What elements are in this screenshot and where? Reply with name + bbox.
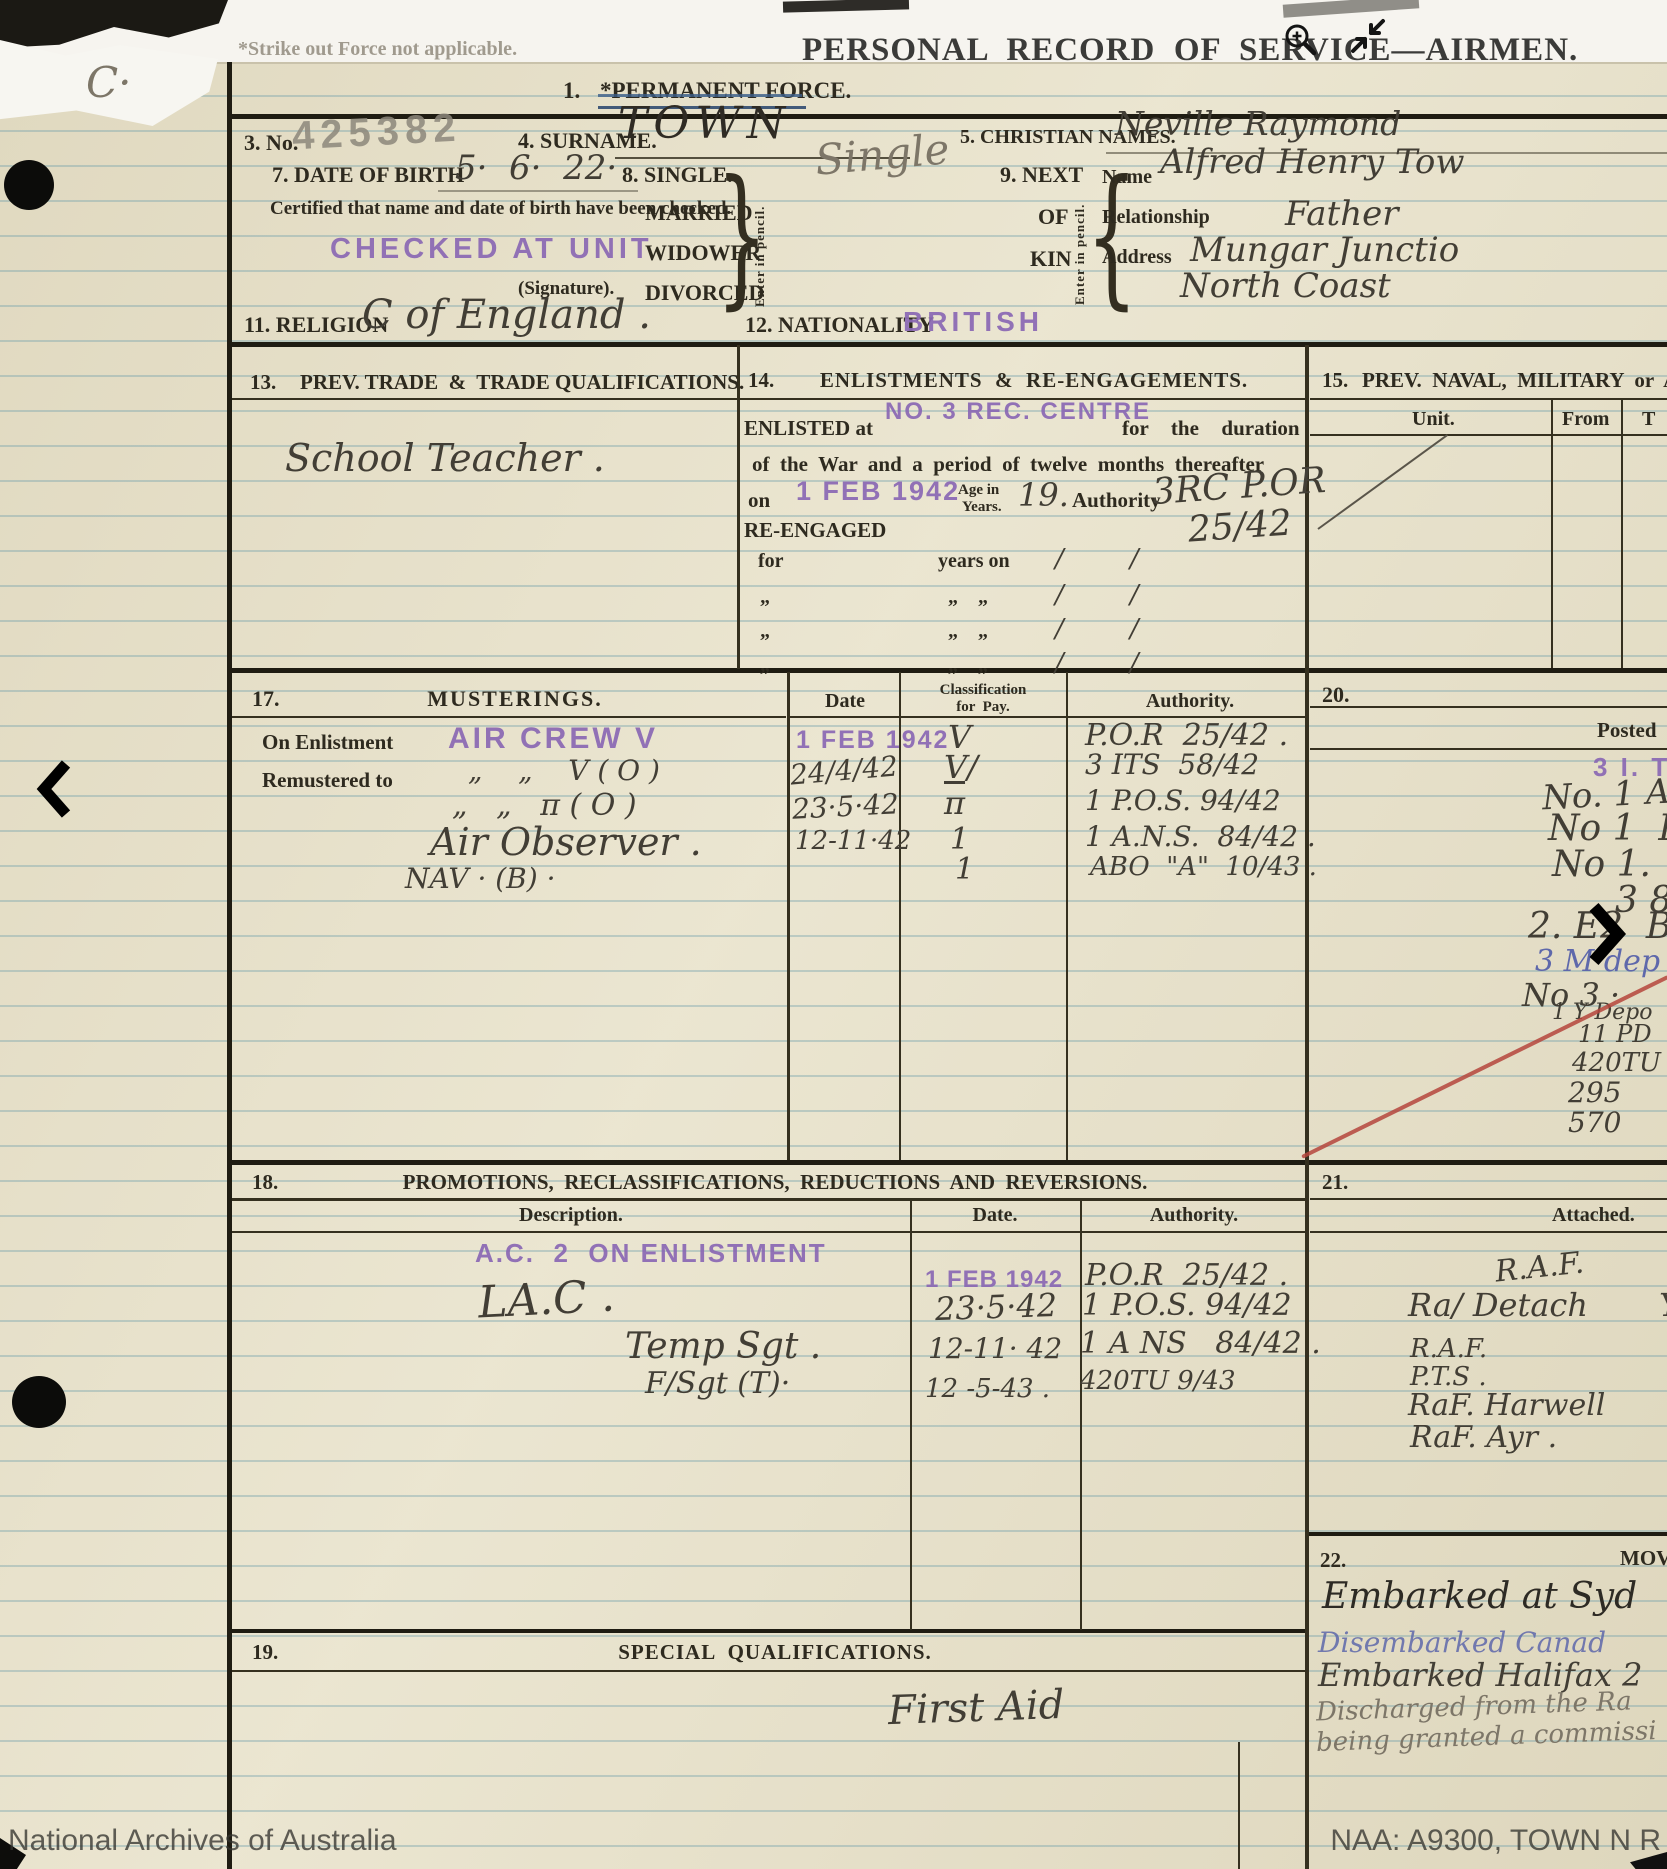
musterings-class: π xyxy=(944,784,965,822)
attached-entry: RaF. Ayr . xyxy=(1410,1420,1557,1455)
s18-no: 18. xyxy=(252,1170,278,1195)
item1-no: 1. xyxy=(563,78,580,104)
form-line xyxy=(228,1160,1667,1165)
form-line xyxy=(228,1629,1308,1633)
page-title: PERSONAL RECORD OF SERVICE—AIRMEN. xyxy=(802,32,1578,69)
age-label: Years. xyxy=(962,499,1002,516)
torn-paper-edge xyxy=(783,0,909,13)
remustered-label: Remustered to xyxy=(262,768,393,793)
duration-text: for the duration xyxy=(1122,416,1300,441)
reengage-row-slashes: / / xyxy=(1055,580,1139,610)
nok-address-value: Mungar Junctio xyxy=(1190,230,1459,270)
special-qualifications-value: First Aid xyxy=(887,1682,1065,1734)
posted-label: Posted xyxy=(1597,718,1657,743)
s15-col-to: T xyxy=(1642,408,1655,431)
s21-no: 21. xyxy=(1322,1170,1348,1195)
s15-title: PREV. NAVAL, MILITARY or A xyxy=(1362,368,1667,393)
nok-kin-label: KIN xyxy=(1030,246,1072,272)
s17-no: 17. xyxy=(252,686,280,712)
s14-title: ENLISTMENTS & RE-ENGAGEMENTS. xyxy=(820,368,1248,393)
s22-no: 22. xyxy=(1320,1548,1346,1573)
remuster-entry: NAV · (B) · xyxy=(405,862,555,895)
nok-address-label: Address xyxy=(1102,246,1172,269)
service-no-value: 425382 xyxy=(291,106,463,160)
s22-title: MOV xyxy=(1620,1546,1667,1571)
ac2-enlistment-stamp: A.C. 2 ON ENLISTMENT xyxy=(475,1238,827,1269)
promotion-desc: Temp Sgt . xyxy=(625,1326,821,1367)
musterings-auth: 1 P.O.S. 94/42 xyxy=(1085,784,1281,817)
nationality-stamp: BRITISH xyxy=(903,306,1043,338)
form-border xyxy=(910,1200,912,1630)
dob-label: 7. DATE OF BIRTH xyxy=(272,162,464,188)
form-line xyxy=(232,1231,1306,1233)
s19-no: 19. xyxy=(252,1640,278,1665)
form-line xyxy=(232,1198,1306,1201)
checked-at-unit-stamp: CHECKED AT UNIT xyxy=(330,233,653,266)
form-border xyxy=(1621,400,1623,668)
age-label: Age in xyxy=(958,482,999,499)
movement-entry: Disembarked Canad xyxy=(1318,1626,1606,1659)
attached-label: Attached. xyxy=(1552,1204,1635,1227)
musterings-date: 12-11·42 xyxy=(795,826,911,856)
strike-line xyxy=(598,94,802,97)
zoom-in-icon[interactable] xyxy=(1281,20,1319,58)
attached-entry: Ra/ Detach Yarm xyxy=(1408,1286,1667,1324)
form-border xyxy=(1305,345,1309,1869)
s18-col-date: Date. xyxy=(973,1204,1018,1227)
posting-entry: 295 xyxy=(1568,1076,1621,1109)
movement-entry: Embarked at Syd xyxy=(1322,1576,1637,1617)
reengage-row-label: „ „ xyxy=(948,586,988,609)
enlisted-at-label: ENLISTED at xyxy=(744,416,873,441)
form-border xyxy=(1066,672,1068,1160)
air-crew-stamp: AIR CREW V xyxy=(448,722,658,756)
form-line xyxy=(232,716,786,718)
remuster-entry: Air Observer . xyxy=(430,820,702,864)
promotion-desc: F/Sgt (T)· xyxy=(645,1366,790,1401)
reengage-row-slashes: / / xyxy=(1055,544,1139,574)
reengage-row-label: „ xyxy=(760,620,770,643)
s18-col-desc: Description. xyxy=(519,1204,623,1227)
nok-of-label: OF xyxy=(1038,204,1069,230)
watermark-archives: National Archives of Australia xyxy=(8,1824,397,1858)
musterings-class: V/ xyxy=(944,748,978,786)
field-underline xyxy=(438,190,638,192)
posting-entry: No 1. A xyxy=(1552,844,1667,885)
christian-names-value: Neville Raymond xyxy=(1115,104,1401,143)
surname-value: TOWN xyxy=(618,98,791,149)
s13-no: 13. xyxy=(250,370,276,395)
reengage-row-slashes: / / xyxy=(1055,614,1139,644)
form-line xyxy=(232,398,738,400)
s18-col-auth: Authority. xyxy=(1150,1204,1238,1227)
posting-entry: 420TU xyxy=(1572,1048,1661,1078)
rec-centre-stamp: NO. 3 REC. CENTRE xyxy=(885,398,1151,426)
promotion-date: 12-11· 42 xyxy=(928,1332,1062,1365)
authority-label: Authority xyxy=(1072,488,1161,513)
exit-fullscreen-icon[interactable] xyxy=(1348,16,1388,56)
enlist-date-stamp: 1 FEB 1942 xyxy=(796,476,960,507)
document-viewer: C· *Strike out Force not applicable. PER… xyxy=(0,0,1667,1869)
promotion-date: 12 -5-43 . xyxy=(925,1374,1050,1404)
reengage-row-label: „ „ xyxy=(948,620,988,643)
nok-name-value: Alfred Henry Tow xyxy=(1160,142,1465,182)
reengage-row-label: „ xyxy=(760,586,770,609)
hole-punch xyxy=(12,1376,66,1428)
form-line xyxy=(1310,1231,1667,1233)
musterings-col-class: for Pay. xyxy=(956,699,1009,716)
musterings-auth: 3 ITS 58/42 xyxy=(1085,748,1259,781)
attached-entry: R.A.F. xyxy=(1410,1334,1487,1364)
s15-no: 15. xyxy=(1322,368,1348,393)
form-line xyxy=(1310,398,1667,400)
nok-relationship-label: Relationship xyxy=(1102,206,1210,229)
nok-next-label: 9. NEXT xyxy=(1000,162,1083,188)
form-border xyxy=(787,672,790,1160)
promotion-auth: 1 A NS 84/42 . xyxy=(1080,1326,1321,1361)
next-page-arrow[interactable] xyxy=(1583,900,1629,968)
s15-col-from: From xyxy=(1562,408,1609,431)
remuster-entry: „ „ V ( O ) xyxy=(468,754,660,787)
promotion-auth: 1 P.O.S. 94/42 xyxy=(1082,1288,1292,1323)
musterings-col-class: Classification xyxy=(940,682,1027,699)
form-line xyxy=(1310,748,1667,750)
s14-no: 14. xyxy=(748,368,774,393)
reengage-row-slashes: / / xyxy=(1055,648,1139,678)
age-value: 19. xyxy=(1018,476,1069,514)
musterings-auth: ABO "A" 10/43 . xyxy=(1090,852,1317,882)
promotion-desc: LA.C . xyxy=(477,1270,616,1328)
religion-value: C of England . xyxy=(362,292,651,338)
s15-col-unit: Unit. xyxy=(1412,408,1455,431)
nok-name-label: Name xyxy=(1102,166,1152,189)
authority-value: 25/42 xyxy=(1187,502,1293,550)
attached-entry: RaF. Harwell xyxy=(1408,1388,1605,1423)
reengage-row-label: years on xyxy=(938,550,1010,573)
form-border xyxy=(1551,400,1553,668)
watermark-reference: NAA: A9300, TOWN N R xyxy=(1330,1824,1661,1858)
musterings-date: 23·5·42 xyxy=(791,787,899,826)
form-line xyxy=(1310,434,1667,436)
form-border xyxy=(227,62,232,1869)
s18-title: PROMOTIONS, RECLASSIFICATIONS, REDUCTION… xyxy=(403,1170,1148,1195)
on-enlistment-label: On Enlistment xyxy=(262,730,393,755)
remuster-entry: „ „ π ( O ) xyxy=(452,788,637,823)
s13-title: PREV. TRADE & TRADE QUALIFICATIONS. xyxy=(300,370,744,395)
form-line xyxy=(1310,706,1667,708)
reengage-row-label: „ „ xyxy=(948,654,988,677)
musterings-class: 1 xyxy=(955,852,974,887)
reengaged-label: RE-ENGAGED xyxy=(744,518,886,543)
pencil-mark: C· xyxy=(86,58,132,107)
form-border xyxy=(1080,1200,1082,1630)
prev-trade-value: School Teacher . xyxy=(285,436,605,480)
nok-relationship-value: Father xyxy=(1285,194,1399,234)
posting-entry: No 1 B xyxy=(1548,808,1667,849)
promotion-date: 23·5·42 xyxy=(934,1286,1057,1328)
musterings-col-auth: Authority. xyxy=(1146,690,1234,713)
reengage-row-label: „ xyxy=(760,654,770,677)
strike-note: *Strike out Force not applicable. xyxy=(238,38,517,61)
hole-punch xyxy=(4,160,54,210)
enter-in-pencil-note: Enter in pencil. xyxy=(752,162,768,307)
service-no-label: 3. No. xyxy=(244,130,298,156)
enlist-on-label: on xyxy=(748,488,770,513)
posting-entry: 11 PD xyxy=(1578,1020,1652,1048)
prev-page-arrow[interactable] xyxy=(34,758,76,820)
promotion-auth: 420TU 9/43 xyxy=(1080,1366,1236,1396)
torn-paper-edge xyxy=(0,0,228,52)
dob-value: 5· 6· 22· xyxy=(455,148,617,188)
form-line xyxy=(228,342,1667,347)
form-line xyxy=(1310,1198,1667,1200)
musterings-auth: 1 A.N.S. 84/42 . xyxy=(1085,820,1316,853)
musterings-col-date: Date xyxy=(825,690,865,713)
nok-address-value: North Coast xyxy=(1180,266,1391,306)
form-line xyxy=(1308,1532,1667,1536)
reengage-row-label: for xyxy=(758,550,784,573)
form-line xyxy=(232,1670,1306,1672)
s17-title: MUSTERINGS. xyxy=(427,686,602,712)
s20-no: 20. xyxy=(1322,682,1350,708)
s19-title: SPECIAL QUALIFICATIONS. xyxy=(618,1640,932,1665)
posting-entry: 570 xyxy=(1568,1106,1621,1139)
form-border xyxy=(1238,1742,1240,1869)
